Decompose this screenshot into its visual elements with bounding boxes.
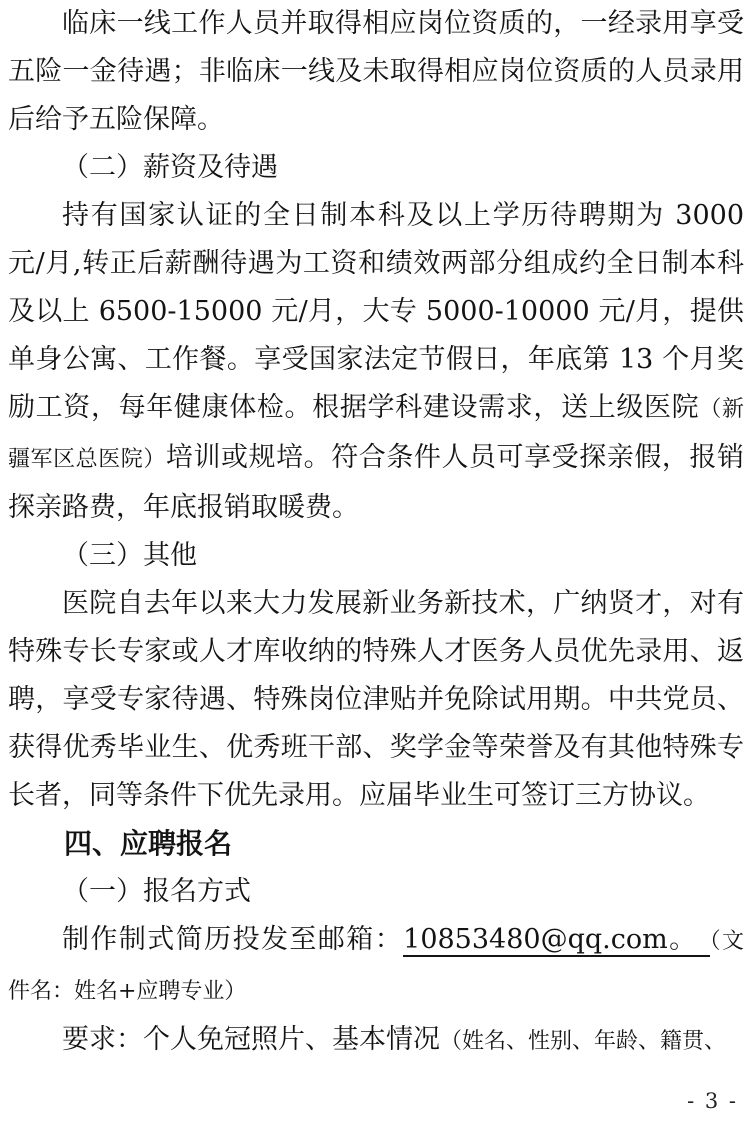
subheading-other: （三）其他 [8,532,744,580]
paragraph-salary-detail: 持有国家认证的全日制本科及以上学历待聘期为 3000 元/月,转正后薪酬待遇为工… [8,192,744,532]
document-body: 临床一线工作人员并取得相应岗位资质的，一经录用享受五险一金待遇；非临床一线及未取… [8,0,744,1066]
heading-application: 四、应聘报名 [8,820,744,868]
text-run: 医院自去年以来大力发展新业务新技术，广纳贤才，对有特殊专长专家或人才库收纳的特殊… [8,588,744,811]
document-page: 临床一线工作人员并取得相应岗位资质的，一经录用享受五险一金待遇；非临床一线及未取… [0,0,752,1123]
small-note: （姓名、性别、年龄、籍贯、 [440,1029,726,1054]
text-run: 要求：个人免冠照片、基本情况 [62,1024,440,1055]
email-address: 10853480@qq.com。 [403,924,709,957]
paragraph-other-detail: 医院自去年以来大力发展新业务新技术，广纳贤才，对有特殊专长专家或人才库收纳的特殊… [8,580,744,820]
page-number: - 3 - [687,1089,738,1113]
subheading-apply-method: （一）报名方式 [8,868,744,916]
text-run: （一）报名方式 [62,876,251,907]
paragraph-requirements: 要求：个人免冠照片、基本情况（姓名、性别、年龄、籍贯、 [8,1016,744,1066]
text-run: 制作制式简历投发至邮箱： [62,924,403,955]
text-run: （三）其他 [62,540,197,571]
paragraph-email: 制作制式简历投发至邮箱：10853480@qq.com。（文件名：姓名+应聘专业… [8,916,744,1016]
text-run: （二）薪资及待遇 [62,152,278,183]
text-run: 四、应聘报名 [64,827,232,860]
text-run: 临床一线工作人员并取得相应岗位资质的，一经录用享受五险一金待遇；非临床一线及未取… [8,8,744,135]
paragraph-insurance: 临床一线工作人员并取得相应岗位资质的，一经录用享受五险一金待遇；非临床一线及未取… [8,0,744,144]
text-run: 持有国家认证的全日制本科及以上学历待聘期为 3000 元/月,转正后薪酬待遇为工… [8,200,744,423]
subheading-salary: （二）薪资及待遇 [8,144,744,192]
